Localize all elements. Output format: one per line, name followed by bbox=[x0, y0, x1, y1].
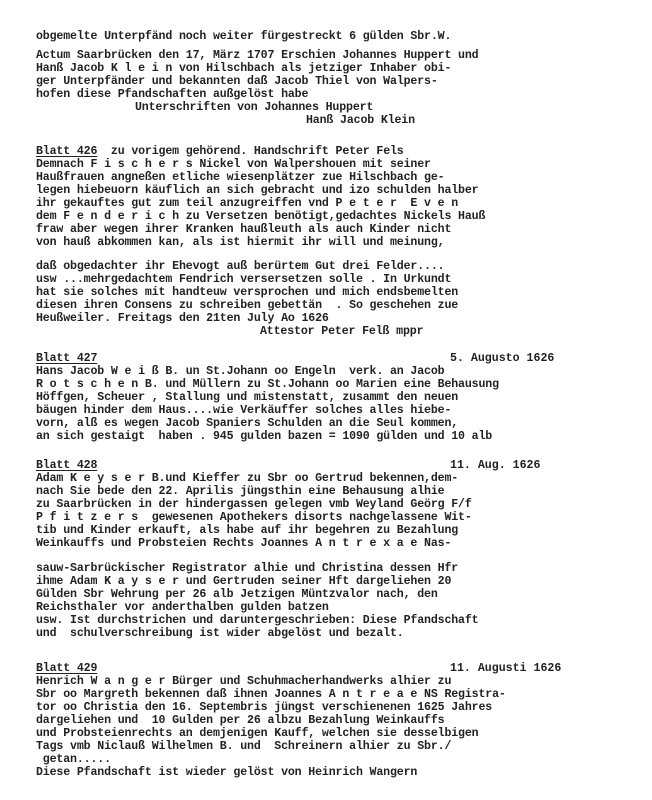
section-heading-line: Blatt 426 zu vorigem gehörend. Handschri… bbox=[36, 145, 404, 158]
text-line: hofen diese Pfandschaften außgelöst habe bbox=[36, 88, 308, 101]
text-line: Reichsthaler vor anderthalben gulden bat… bbox=[36, 601, 329, 614]
text-line: Höffgen, Scheuer , Stallung und mistenst… bbox=[36, 391, 458, 404]
text-line: diesen ihren Consens zu schreiben gebett… bbox=[36, 299, 458, 312]
text-line: Adam K e y s e r B.und Kieffer zu Sbr oo… bbox=[36, 472, 458, 485]
entry-date: 5. Augusto 1626 bbox=[450, 352, 554, 365]
text-line: obgemelte Unterpfänd noch weiter fürgest… bbox=[36, 30, 451, 43]
text-line: legen hiebeuorn käuflich an sich gebrach… bbox=[36, 184, 478, 197]
signature-line: Unterschriften von Johannes Huppert bbox=[135, 101, 373, 114]
text-line: bäugen hinder dem Haus....wie Verkäuffer… bbox=[36, 404, 451, 417]
blatt-428-heading: Blatt 428 bbox=[36, 459, 97, 472]
text-line: Gülden Sbr Wehrung per 26 alb Jetzigen M… bbox=[36, 588, 438, 601]
text-line: usw ...mehrgedachtem Fendrich versersetz… bbox=[36, 273, 451, 286]
text-line: ihr gekauftes gut zum teil anzugreiffen … bbox=[36, 197, 458, 210]
text-line: Actum Saarbrücken den 17, März 1707 Ersc… bbox=[36, 49, 478, 62]
text-line: Diese Pfandschaft ist wieder gelöst von … bbox=[36, 766, 417, 779]
text-line: nach Sie bede den 22. Aprilis jüngsthin … bbox=[36, 485, 444, 498]
text-line: Hans Jacob W e i ß B. un St.Johann oo En… bbox=[36, 365, 444, 378]
scanned-document-page: obgemelte Unterpfänd noch weiter fürgest… bbox=[0, 0, 652, 800]
text-line: zu Saarbrücken in der hindergassen geleg… bbox=[36, 498, 472, 511]
text-line: R o t s c h e n B. und Müllern zu St.Joh… bbox=[36, 378, 499, 391]
entry-date: 11. Aug. 1626 bbox=[450, 459, 540, 472]
text-line: fraw aber wegen ihrer Kranken haußleuth … bbox=[36, 223, 451, 236]
text-line: daß obgedachter ihr Ehevogt auß berürtem… bbox=[36, 260, 444, 273]
signature-line: Hanß Jacob Klein bbox=[306, 114, 415, 127]
attestor-line: Attestor Peter Felß mppr bbox=[260, 325, 423, 338]
text-line: Heußweiler. Freitags den 21ten July Ao 1… bbox=[36, 312, 329, 325]
text-line: ger Unterpfänder und bekannten daß Jacob… bbox=[36, 75, 438, 88]
text-line: tor oo Christia den 16. Septembris jüngs… bbox=[36, 701, 492, 714]
text-line: und schulverschreibung ist wider abgelös… bbox=[36, 627, 404, 640]
text-line: von hauß abkommen kan, als ist hiermit i… bbox=[36, 236, 444, 249]
entry-date: 11. Augusti 1626 bbox=[450, 662, 561, 675]
blatt-427-heading: Blatt 427 bbox=[36, 352, 97, 365]
text-line: Hanß Jacob K l e i n von Hilschbach als … bbox=[36, 62, 451, 75]
text-line: ihme Adam K a y s e r und Gertruden sein… bbox=[36, 575, 451, 588]
text-line: Demnach F i s c h e r s Nickel von Walpe… bbox=[36, 158, 431, 171]
text-line: und Probsteienrechts an demjenigen Kauff… bbox=[36, 727, 478, 740]
text-line: getan..... bbox=[36, 753, 111, 766]
text-line: sauw-Sarbrückischer Registrator alhie un… bbox=[36, 562, 458, 575]
blatt-429-heading: Blatt 429 bbox=[36, 662, 97, 675]
text-line: an sich gestaigt haben . 945 gulden baze… bbox=[36, 430, 492, 443]
text-line: Henrich W a n g e r Bürger und Schuhmach… bbox=[36, 675, 451, 688]
text-line: dem F e n d e r i c h zu Versetzen benöt… bbox=[36, 210, 485, 223]
text-line: tib und Kinder erkauft, als habe auf ihr… bbox=[36, 524, 458, 537]
text-line: Haußfrauen angneßen etliche wiesenplätze… bbox=[36, 171, 444, 184]
blatt-426-heading: Blatt 426 bbox=[36, 145, 97, 158]
text-line: P f i t z e r s gewesenen Apothekers dis… bbox=[36, 511, 472, 524]
text-line: vorn, alß es wegen Jacob Spaniers Schuld… bbox=[36, 417, 458, 430]
text-line: Weinkauffs und Probsteien Rechts Joannes… bbox=[36, 537, 451, 550]
text-line: dargeliehen und 10 Gulden per 26 albzu B… bbox=[36, 714, 444, 727]
text-line: usw. Ist durchstrichen und daruntergesch… bbox=[36, 614, 478, 627]
text-line: Tags vmb Niclauß Wilhelmen B. und Schrei… bbox=[36, 740, 451, 753]
text-line: hat sie solches mit handteuw versprochen… bbox=[36, 286, 458, 299]
text-line: Sbr oo Margreth bekennen daß ihnen Joann… bbox=[36, 688, 506, 701]
